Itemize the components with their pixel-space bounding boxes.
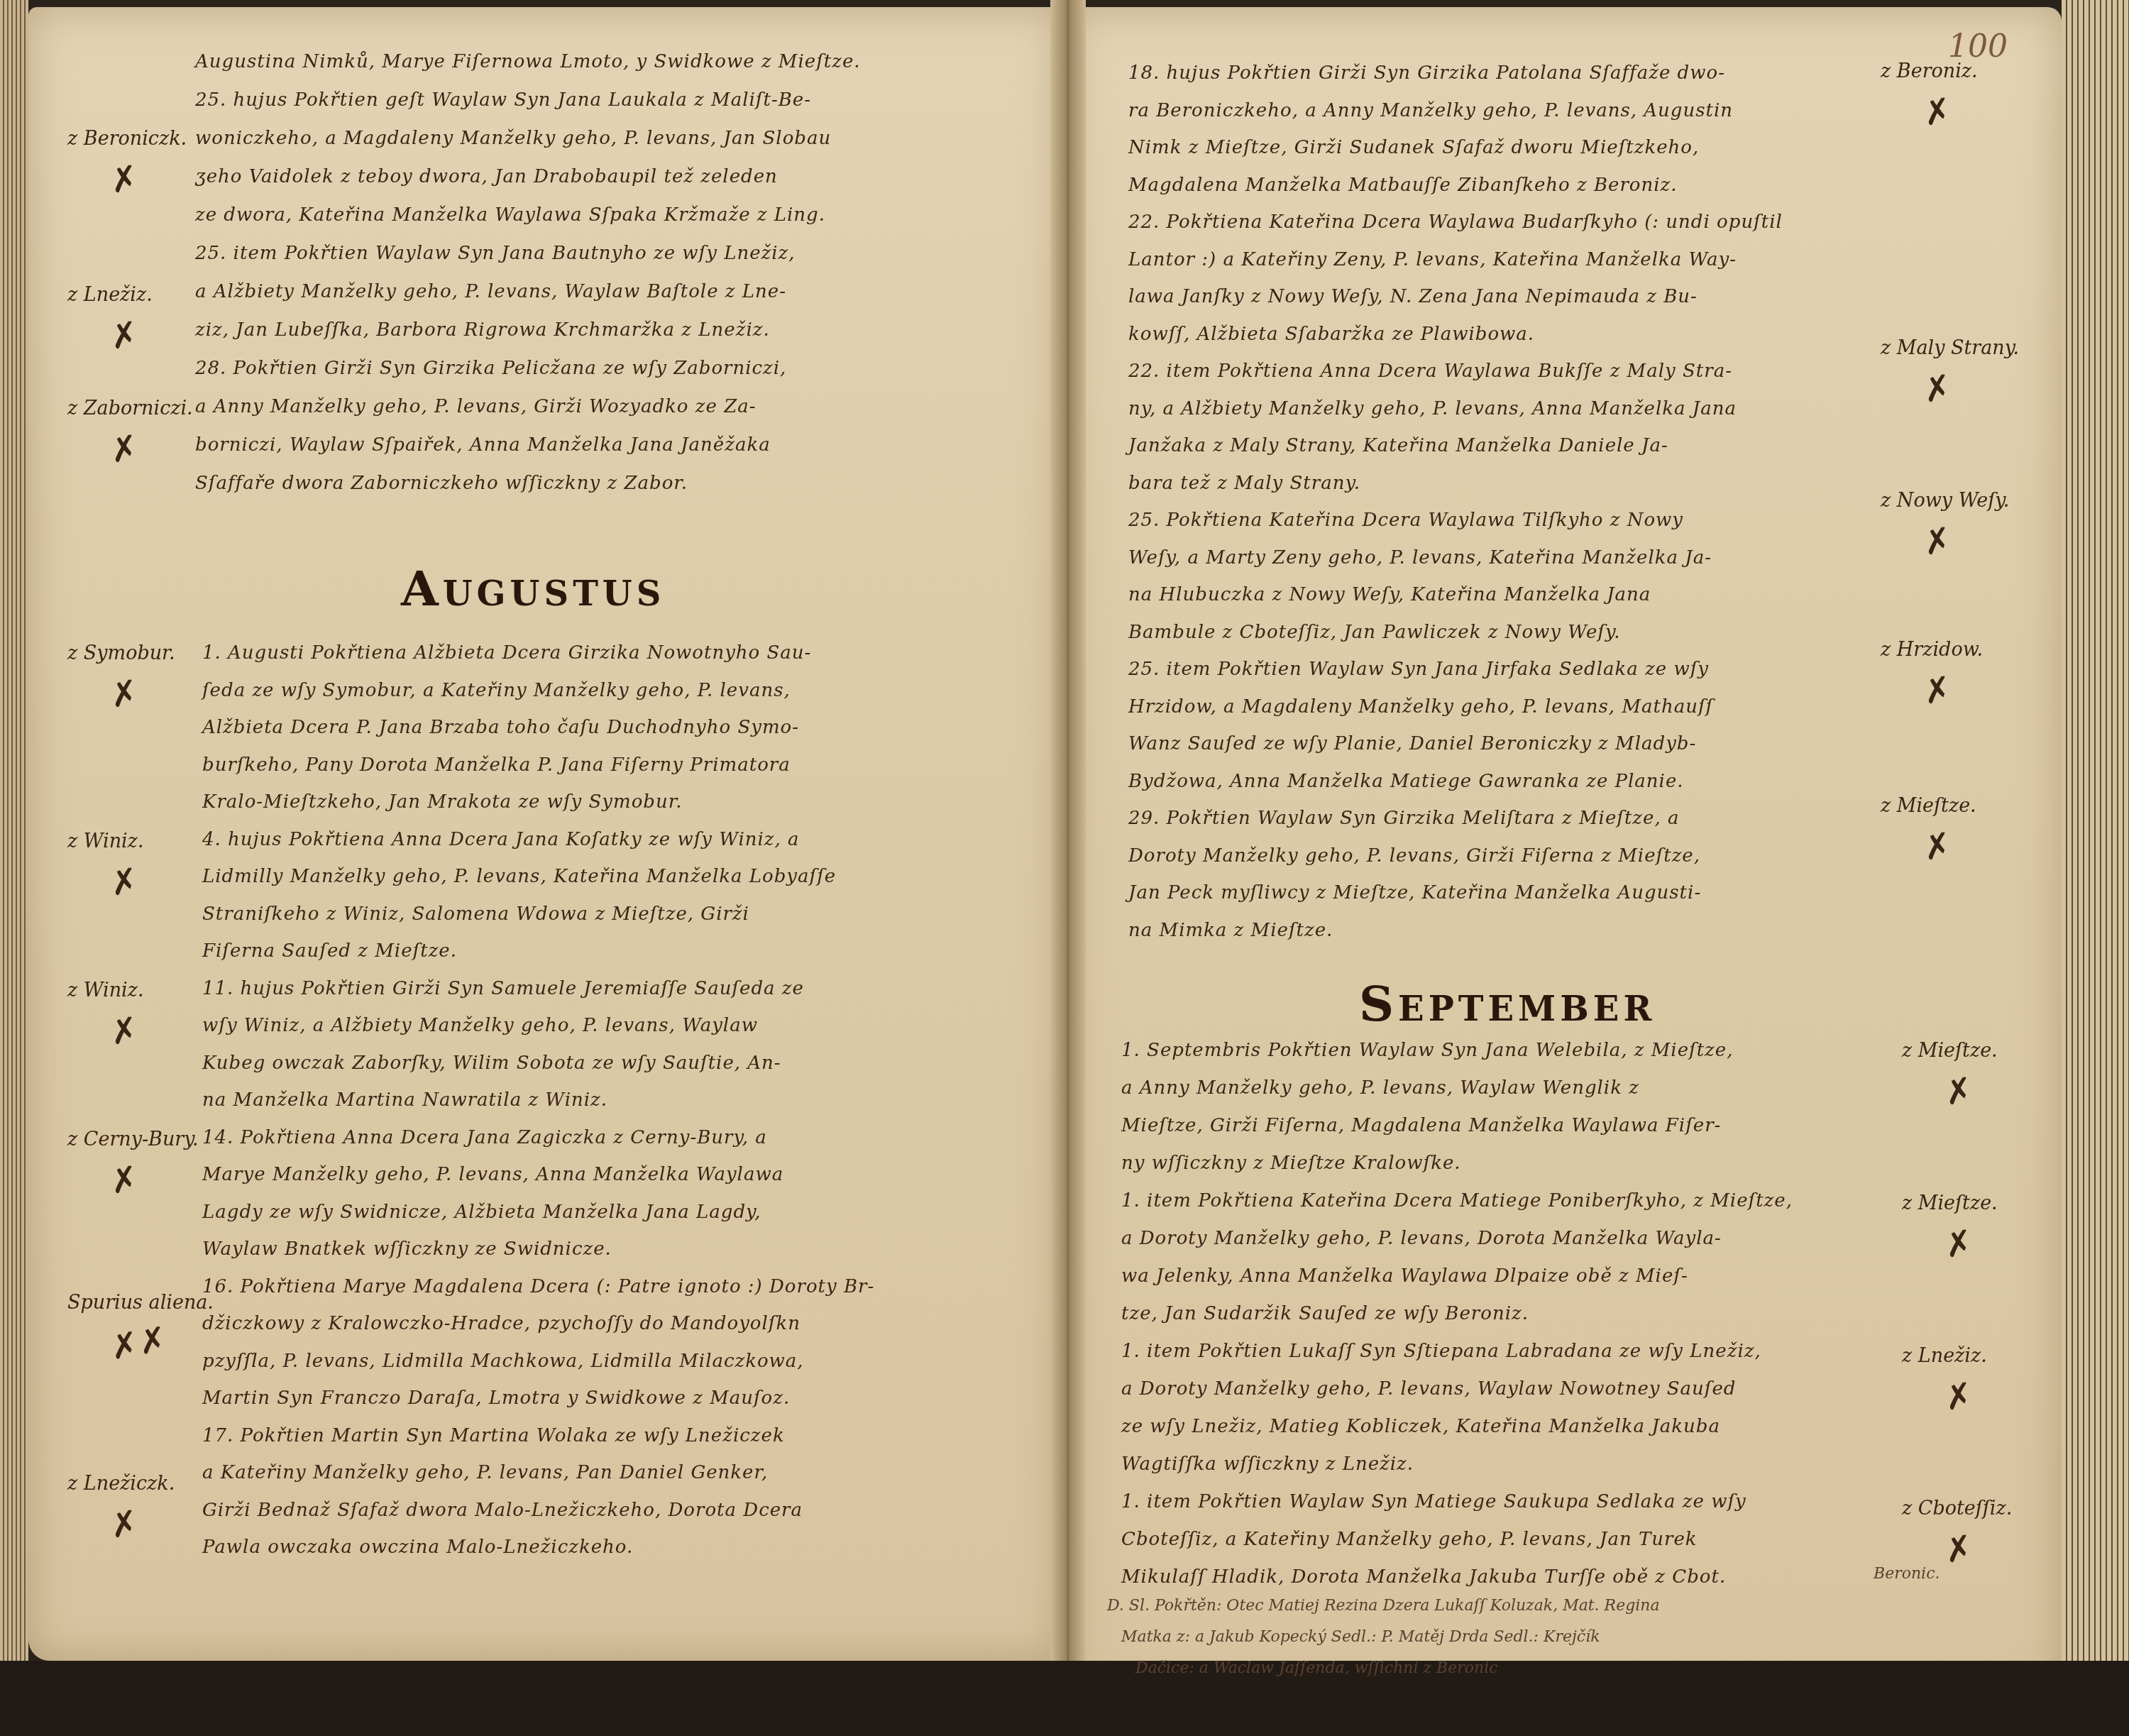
register-line: Hrzidow, a Magdaleny Manželky geho, P. l…: [1128, 696, 1713, 718]
register-line: ze dwora, Kateřina Manželka Waylawa Sſpa…: [195, 204, 825, 226]
register-line: 4. hujus Pokřtiena Anna Dcera Jana Koſat…: [202, 829, 800, 850]
margin-place-note: Spurius aliena.: [67, 1292, 214, 1314]
margin-place-note: z Beroniz.: [1881, 60, 1978, 82]
later-annotation-line: Matka z: a Jakub Kopecký Sedl.: P. Matěj…: [1121, 1628, 1600, 1646]
register-line: 29. Pokřtien Waylaw Syn Girzika Meliſtar…: [1128, 808, 1679, 829]
register-line: 22. Pokřtiena Kateřina Dcera Waylawa Bud…: [1128, 211, 1783, 233]
margin-place-note: z Mieſtze.: [1902, 1040, 1998, 1062]
register-line: 28. Pokřtien Girži Syn Girzika Pelicžana…: [195, 358, 786, 379]
margin-place-note: z Lnežiczk.: [67, 1473, 175, 1495]
register-line: Lagdy ze wſy Swidnicze, Alžbieta Manželk…: [202, 1202, 761, 1223]
later-annotation-margin: Beronic.: [1874, 1565, 1940, 1583]
register-line: Martin Syn Franczo Daraſa, Lmotra y Swid…: [202, 1388, 790, 1409]
later-annotation-line: D. Sl. Pokřtěn: Otec Matiej Rezina Dzera…: [1107, 1597, 1660, 1615]
register-line: Cboteſſiz, a Kateřiny Manželky geho, P. …: [1121, 1529, 1698, 1550]
margin-place-note: z Zaborniczi.: [67, 397, 193, 419]
register-line: Bambule z Cboteſſiz, Jan Pawliczek z Now…: [1128, 622, 1620, 643]
margin-place-note: z Mieſtze.: [1881, 795, 1976, 817]
register-line: 25. item Pokřtien Waylaw Syn Jana Jirfak…: [1128, 659, 1709, 680]
register-line: Weſy, a Marty Zeny geho, P. levans, Kate…: [1128, 547, 1712, 568]
register-line: ny wſſiczkny z Mieſtze Kralowſke.: [1121, 1153, 1461, 1174]
register-line: Bydžowa, Anna Manželka Matiege Gawranka …: [1128, 771, 1684, 792]
page-edges-left: [0, 0, 28, 1675]
register-line: Lidmilly Manželky geho, P. levans, Kateř…: [202, 866, 836, 887]
register-line: ze wſy Lnežiz, Matieg Kobliczek, Kateřin…: [1121, 1416, 1720, 1437]
register-line: wa Jelenky, Anna Manželka Waylawa Dlpaiz…: [1121, 1265, 1688, 1287]
page-number: 100: [1948, 28, 2008, 65]
register-line: a Anny Manželky geho, P. levans, Waylaw …: [1121, 1077, 1639, 1099]
register-line: pzyſſla, P. levans, Lidmilla Machkowa, L…: [202, 1351, 804, 1372]
register-line: tze, Jan Sudaržik Sauſed ze wſy Beroniz.: [1121, 1303, 1529, 1324]
heading-augustus: Augustus: [401, 561, 665, 617]
margin-place-note: z Cerny-Bury.: [67, 1128, 199, 1150]
register-line: Jan Peck myſliwcy z Mieſtze, Kateřina Ma…: [1128, 882, 1701, 903]
register-line: 1. item Pokřtiena Kateřina Dcera Matiege…: [1121, 1190, 1793, 1212]
margin-place-note: z Cboteſſiz.: [1902, 1498, 2012, 1520]
register-line: 18. hujus Pokřtien Girži Syn Girzika Pat…: [1128, 62, 1725, 84]
register-line: Wagtiſſka wſſiczkny z Lnežiz.: [1121, 1454, 1414, 1475]
register-line: lawa Janſky z Nowy Weſy, N. Zena Jana Ne…: [1128, 286, 1698, 307]
register-line: a Alžbiety Manželky geho, P. levans, Way…: [195, 281, 786, 302]
register-line: Doroty Manželky geho, P. levans, Girži F…: [1128, 845, 1700, 867]
margin-place-note: z Winiz.: [67, 830, 144, 852]
register-line: Alžbieta Dcera P. Jana Brzaba toho čaſu …: [202, 717, 799, 738]
register-line: Sſaffaře dwora Zaborniczkeho wſſiczkny z…: [195, 473, 688, 494]
register-line: woniczkeho, a Magdaleny Manželky geho, P…: [195, 128, 831, 149]
margin-place-note: z Lnežiz.: [67, 284, 153, 306]
register-line: 25. Pokřtiena Kateřina Dcera Waylawa Til…: [1128, 510, 1683, 531]
heading-september: September: [1359, 976, 1656, 1033]
register-line: 17. Pokřtien Martin Syn Martina Wolaka z…: [202, 1425, 785, 1446]
register-line: 11. hujus Pokřtien Girži Syn Samuele Jer…: [202, 978, 804, 999]
register-line: 25. item Pokřtien Waylaw Syn Jana Bautny…: [195, 243, 796, 264]
margin-place-note: z Symobur.: [67, 642, 175, 664]
later-annotation-line: Dačice: a Waclaw Jaſſenda, wſſichni z Be…: [1135, 1659, 1498, 1677]
register-line: a Anny Manželky geho, P. levans, Girži W…: [195, 396, 757, 417]
register-line: 22. item Pokřtiena Anna Dcera Waylawa Bu…: [1128, 361, 1732, 382]
register-line: 1. Septembris Pokřtien Waylaw Syn Jana W…: [1121, 1040, 1733, 1061]
register-line: 1. item Pokřtien Lukaſſ Syn Sſtiepana La…: [1121, 1341, 1761, 1362]
register-line: Pawla owczaka owczina Malo-Lnežiczkeho.: [202, 1537, 633, 1558]
register-line: burſkeho, Pany Dorota Manželka P. Jana F…: [202, 754, 791, 776]
page-edges-right: [2062, 0, 2129, 1710]
register-line: Waylaw Bnatkek wſſiczkny ze Swidnicze.: [202, 1238, 612, 1260]
register-line: borniczi, Waylaw Sſpaiřek, Anna Manželka…: [195, 434, 771, 456]
register-line: Wanz Sauſed ze wſy Planie, Daniel Beroni…: [1128, 733, 1696, 754]
register-line: a Doroty Manželky geho, P. levans, Dorot…: [1121, 1228, 1722, 1249]
margin-place-note: z Nowy Weſy.: [1881, 490, 2009, 512]
open-register-book: Augustina Nimků, Marye Fiſernowa Lmoto, …: [0, 0, 2129, 1736]
table-surface: [0, 1661, 2129, 1736]
register-line: ny, a Alžbiety Manželky geho, P. levans,…: [1128, 398, 1737, 419]
register-line: Nimk z Mieſtze, Girži Sudanek Sſafaž dwo…: [1128, 137, 1699, 158]
register-line: a Doroty Manželky geho, P. levans, Wayla…: [1121, 1378, 1737, 1400]
register-line: Kubeg owczak Zaborſky, Wilim Sobota ze w…: [202, 1053, 781, 1074]
register-line: Mikulaſſ Hladik, Dorota Manželka Jakuba …: [1121, 1566, 1726, 1588]
register-line: 14. Pokřtiena Anna Dcera Jana Zagiczka z…: [202, 1127, 767, 1148]
register-line: ziz, Jan Lubeſſka, Barbora Rigrowa Krchm…: [195, 319, 770, 341]
register-line: na Mimka z Mieſtze.: [1128, 920, 1333, 941]
register-line: Fiſerna Sauſed z Mieſtze.: [202, 940, 457, 962]
register-line: 16. Pokřtiena Marye Magdalena Dcera (: P…: [202, 1276, 874, 1297]
register-line: wſy Winiz, a Alžbiety Manželky geho, P. …: [202, 1015, 758, 1036]
register-line: 25. hujus Pokřtien geſt Waylaw Syn Jana …: [195, 89, 811, 111]
register-line: Marye Manželky geho, P. levans, Anna Man…: [202, 1164, 783, 1185]
register-line: ʒeho Vaidolek z teboy dwora, Jan Draboba…: [195, 166, 778, 187]
margin-place-note: z Maly Strany.: [1881, 337, 2019, 359]
register-line: Janžaka z Maly Strany, Kateřina Manželka…: [1128, 435, 1668, 456]
register-line: ſeda ze wſy Symobur, a Kateřiny Manželky…: [202, 680, 791, 701]
register-line: bara tež z Maly Strany.: [1128, 473, 1360, 494]
margin-place-note: z Hrzidow.: [1881, 639, 1983, 661]
register-line: Mieſtze, Girži Fiſerna, Magdalena Manžel…: [1121, 1115, 1721, 1136]
register-line: 1. Augusti Pokřtiena Alžbieta Dcera Girz…: [202, 642, 811, 664]
register-line: ra Beroniczkeho, a Anny Manželky geho, P…: [1128, 100, 1733, 121]
register-line: Lantor :) a Kateřiny Zeny, P. levans, Ka…: [1128, 249, 1737, 270]
register-line: Straniſkeho z Winiz, Salomena Wdowa z Mi…: [202, 903, 749, 925]
book-gutter: [1050, 0, 1086, 1736]
register-line: na Manželka Martina Nawratila z Winiz.: [202, 1089, 607, 1111]
margin-place-note: z Mieſtze.: [1902, 1192, 1998, 1214]
margin-place-note: z Lnežiz.: [1902, 1345, 1987, 1367]
register-line: Kralo-Mieſtzkeho, Jan Mrakota ze wſy Sym…: [202, 791, 683, 813]
register-line: a Kateřiny Manželky geho, P. levans, Pan…: [202, 1462, 768, 1483]
register-line: kowſſ, Alžbieta Sſabaržka ze Plawibowa.: [1128, 324, 1534, 345]
margin-place-note: z Beroniczk.: [67, 128, 187, 150]
register-line: na Hlubuczka z Nowy Weſy, Kateřina Manže…: [1128, 584, 1651, 605]
register-line: Girži Bednaž Sſafaž dwora Malo-Lnežiczke…: [202, 1500, 803, 1521]
register-line: džiczkowy z Kralowczko-Hradce, pzychoſſy…: [202, 1313, 801, 1334]
register-line: 1. item Pokřtien Waylaw Syn Matiege Sauk…: [1121, 1491, 1746, 1512]
margin-place-note: z Winiz.: [67, 979, 144, 1001]
register-line: Magdalena Manželka Matbauſſe Zibanſkeho …: [1128, 175, 1678, 196]
register-line: Augustina Nimků, Marye Fiſernowa Lmoto, …: [195, 51, 861, 72]
